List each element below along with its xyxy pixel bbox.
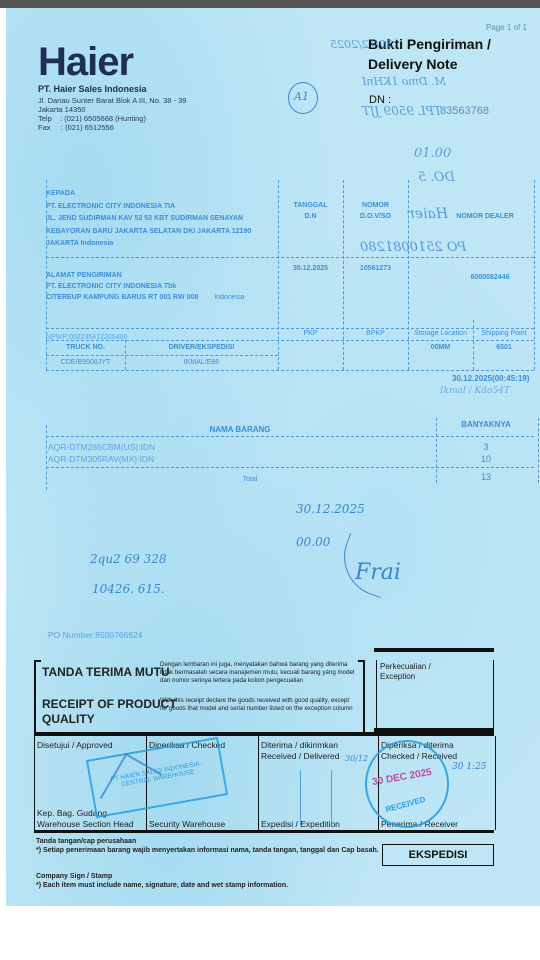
address-line2: Jakarta 14350 — [38, 105, 186, 114]
recipient-street: JL. JEND SUDIRMAN KAV 52 53 KBT SUDIRMAN… — [46, 213, 251, 226]
sig-received-top: Diterima / dikirimkanReceived / Delivere… — [261, 740, 339, 762]
shipping-point-header: Shipping Point — [473, 330, 535, 337]
exception-label: Perkecualian / Exception — [380, 662, 450, 682]
po-number: PO Number:8500766624 — [48, 630, 143, 640]
expedition-signature-stroke — [300, 770, 332, 825]
footer-note-id: *) Setiap penerimaan barang wajib menyer… — [36, 847, 379, 854]
haier-logo: Haier — [38, 40, 133, 85]
items-right-border — [538, 418, 539, 483]
hw-date-note: 30/12/2025 — [330, 38, 393, 51]
nomor-value: 10561273 — [343, 265, 408, 272]
recipient-area: KEBAYORAN BARU JAKARTA SELATAN DKI JAKAR… — [46, 226, 251, 239]
nama-barang-header: NAMA BARANG — [180, 425, 300, 434]
address-line1: Jl. Danau Sunter Barat Blok A III, No. 3… — [38, 96, 186, 105]
quality-title-en: RECEIPT OF PRODUCT QUALITY — [42, 697, 177, 727]
recipient-label: KEPADA — [46, 188, 251, 201]
hw-right-note: Ikmal / Kdo54T — [440, 386, 510, 396]
truck-header: TRUCK NO. — [46, 344, 125, 351]
table-row-line-2 — [46, 328, 534, 329]
shipping-address-block: ALAMAT PENGIRIMAN PT. ELECTRONIC CITY IN… — [46, 270, 245, 303]
table-row-line-4 — [46, 355, 278, 356]
storage-location-value: 00MM — [408, 344, 473, 351]
footer-sign-en: Company Sign / Stamp — [36, 873, 112, 880]
ship-label: ALAMAT PENGIRIMAN — [46, 270, 245, 281]
telp: Telp : (021) 6505668 (Hunting) — [38, 114, 186, 123]
fax: Fax : (021) 6512556 — [38, 123, 186, 132]
quality-title-id: TANDA TERIMA MUTU — [42, 665, 170, 679]
total-label: Total — [220, 476, 280, 483]
print-timestamp: 30.12.2025(00:45:19) — [452, 374, 529, 383]
company-address: Jl. Danau Sunter Barat Blok A III, No. 3… — [38, 96, 186, 132]
dealer-header: NOMOR DEALER — [440, 213, 530, 220]
recipient-city: JAKARTA Indonesia — [46, 238, 251, 251]
banyaknya-header: BANYAKNYA — [436, 420, 536, 429]
quality-bracket-left — [34, 660, 41, 736]
company-name: PT. Haier Sales Indonesia — [38, 84, 147, 94]
hw-ref2: 10426. 615. — [92, 582, 165, 596]
table-left-border — [46, 180, 47, 370]
hw-expedition-date: 30/12 — [345, 754, 368, 763]
sig-approved-top: Disetujui / Approved — [37, 740, 113, 751]
ship-name: PT. ELECTRONIC CITY INDONESIA Tbk — [46, 281, 245, 292]
hw-po: PO 2510081280 — [360, 240, 466, 255]
page-indicator: Page 1 of 1 — [486, 23, 527, 32]
quality-bracket-right — [358, 660, 365, 736]
hw-time: 01.00 — [414, 146, 451, 161]
sig-divider-2 — [258, 736, 259, 830]
item-name: AQR-DTM285CBM(US):IDN — [48, 442, 155, 452]
item-qty: 10 — [436, 454, 536, 464]
footer-sign-id: Tanda tangan/cap perusahaan — [36, 838, 136, 845]
hw-ref1: 2qu2 69 328 — [90, 552, 166, 566]
items-left-border — [46, 425, 47, 490]
hw-mid-time: 00.00 — [296, 535, 330, 549]
truck-value: CDE/B9508JYT — [46, 359, 125, 366]
table-row-line-3 — [46, 340, 534, 341]
total-qty: 13 — [436, 472, 536, 482]
hw-note2: TPL 9509 JJT — [362, 104, 442, 118]
tanggal-value: 30.12.2025 — [278, 265, 343, 272]
exception-top-bar — [374, 648, 494, 652]
driver-value: IKMAL/E66 — [125, 359, 278, 366]
quality-text-id: Dengan lembaran ini juga, menyatakan bah… — [160, 661, 356, 685]
item-qty: 3 — [436, 442, 536, 452]
storage-location-header: Storage Location — [408, 330, 473, 337]
recipient-block: KEPADA PT. ELECTRONIC CITY INDONESIA TIA… — [46, 188, 251, 251]
hw-mid-date: 30.12.2025 — [296, 502, 365, 516]
footer-note-en: *) Each item must include name, signatur… — [36, 882, 288, 889]
dn-value: 83563768 — [440, 105, 489, 117]
copy-label-ekspedisi: EKSPEDISI — [382, 844, 494, 866]
hw-receiver-note: 30 1:25 — [452, 762, 492, 772]
ship-country: Indonesia — [214, 294, 244, 301]
table-row-line-1 — [46, 257, 534, 258]
scan-edge — [0, 0, 540, 8]
hw-note1: M. Dmo 1KHnI — [362, 75, 446, 88]
shipping-point-value: 6501 — [473, 344, 535, 351]
bpkp-header: BPKP — [343, 330, 408, 337]
circle-mark-text: A1 — [294, 90, 309, 103]
driver-header: DRIVER/EKSPEDISI — [125, 344, 278, 351]
table-row-line-5 — [46, 370, 534, 371]
hw-haier: Haier — [408, 206, 448, 222]
pkp-header: PKP — [278, 330, 343, 337]
items-total-line — [46, 467, 534, 468]
quality-text-en: With this receipt declare the goods rece… — [160, 697, 356, 713]
dealer-value: 6000082446 — [445, 274, 535, 281]
item-name: AQR-DTM305RAV(MX):IDN — [48, 454, 154, 464]
signature-bottom-bar — [34, 830, 494, 833]
items-header-line — [46, 436, 534, 437]
hw-do: DO. 5 — [418, 170, 455, 185]
sig-checked-bottom: Security Warehouse — [149, 819, 225, 830]
ship-addr: CITEREUP KAMPUNG BARUS RT 001 RW 008 — [46, 294, 198, 301]
nomor-header: NOMORD.O.V/SO — [343, 200, 408, 222]
recipient-name: PT. ELECTRONIC CITY INDONESIA TIA — [46, 201, 251, 214]
tanggal-header: TANGGALD.N — [278, 200, 343, 222]
title-en: Delivery Note — [368, 54, 491, 74]
